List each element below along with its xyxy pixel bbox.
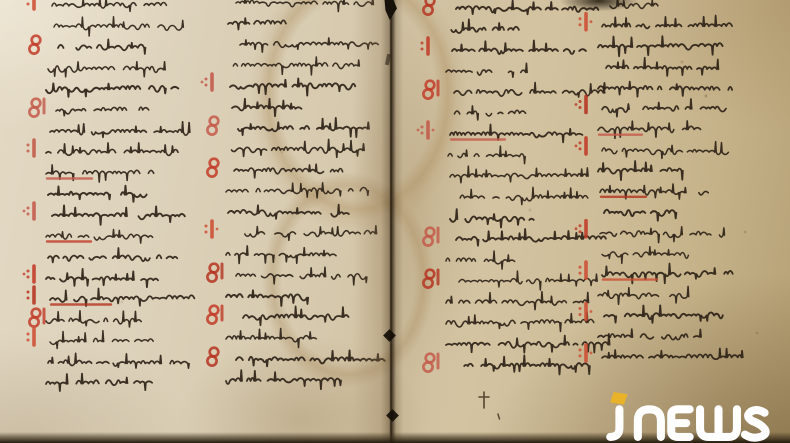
rubric-initial: [29, 44, 38, 53]
rubric-dot: [27, 144, 30, 147]
rubric-dot: [23, 273, 26, 276]
rubric-dot: [27, 270, 30, 273]
text-line: [56, 107, 149, 116]
manuscript-photo: [0, 0, 790, 443]
rubric-dot: [205, 84, 208, 87]
text-line: [602, 140, 729, 159]
rubric-initial: [210, 348, 219, 357]
manuscript-text-layer: [0, 0, 790, 443]
text-line: [228, 204, 349, 220]
cross-mark: [479, 392, 489, 408]
rubric-initial: [207, 314, 216, 323]
text-line: [454, 105, 525, 120]
text-line: [58, 39, 145, 54]
text-line: [456, 1, 598, 15]
rubric-dot: [590, 352, 593, 355]
text-line: [46, 373, 152, 392]
rubric-initial: [207, 167, 216, 176]
rubric-dot: [27, 276, 30, 279]
text-line: [233, 57, 359, 75]
rubric-initial: [210, 264, 219, 273]
text-line: [464, 355, 590, 374]
text-line: [446, 292, 589, 310]
text-line: [226, 182, 369, 198]
text-line: [50, 330, 153, 348]
text-line: [610, 0, 667, 9]
rubric-dot: [579, 348, 582, 351]
comma-mark: [498, 414, 500, 419]
logo-letter-s: [745, 410, 766, 438]
rubric-dot: [579, 147, 582, 150]
rubric-dot: [27, 339, 30, 342]
text-line: [231, 139, 364, 157]
text-line: [48, 186, 147, 203]
text-line: [238, 118, 369, 137]
rubric-dot: [421, 48, 424, 51]
text-line: [602, 99, 726, 117]
text-line: [602, 246, 689, 264]
text-line: [245, 226, 377, 241]
text-line: [236, 350, 385, 367]
text-line: [52, 205, 185, 225]
text-line: [236, 0, 381, 12]
text-line: [451, 19, 519, 33]
rubric-initial: [29, 107, 38, 116]
rubric-initial: [426, 270, 435, 279]
rubric-dot: [579, 230, 582, 233]
text-line: [598, 35, 723, 56]
text-line: [50, 122, 190, 138]
text-line: [48, 61, 171, 78]
text-line: [234, 164, 343, 179]
rubric-dot: [579, 106, 582, 109]
rubric-dot: [579, 307, 582, 310]
rubric-dot: [579, 100, 582, 103]
text-line: [598, 161, 683, 181]
rubric-dot: [590, 310, 593, 313]
text-line: [446, 251, 515, 269]
text-line: [598, 286, 689, 305]
text-line: [598, 81, 732, 97]
text-line: [226, 328, 316, 347]
text-line: [604, 210, 684, 221]
jnews-logo: [604, 392, 780, 443]
rubric-dot: [579, 354, 582, 357]
text-line: [226, 290, 308, 306]
logo-letter-n: [638, 409, 661, 437]
text-line: [48, 353, 195, 368]
rubric-dot: [417, 129, 420, 132]
text-line: [450, 165, 588, 182]
rubric-dot: [579, 272, 582, 275]
text-line: [46, 82, 178, 97]
text-line: [48, 248, 177, 263]
text-line: [606, 57, 719, 76]
rubric-initial: [423, 278, 432, 287]
rubric-initial: [210, 117, 219, 126]
rubric-dot: [579, 17, 582, 20]
text-line: [226, 246, 336, 264]
logo-letter-e: [671, 409, 689, 437]
text-line: [598, 329, 701, 340]
rubric-dot: [27, 213, 30, 216]
rubric-dot: [575, 103, 578, 106]
text-line: [52, 0, 166, 12]
logo-j-dot-accent: [610, 392, 627, 405]
rubric-initial: [423, 89, 432, 98]
rubric-dot: [579, 224, 582, 227]
text-line: [232, 98, 302, 116]
rubric-initial: [210, 306, 219, 315]
rubric-dot: [23, 210, 26, 213]
rubric-dot: [421, 42, 424, 45]
rubric-initial: [207, 125, 216, 134]
rubric-dot: [579, 23, 582, 26]
rubric-dot: [579, 313, 582, 316]
rubric-initial: [207, 356, 216, 365]
rubric-initial: [32, 99, 41, 108]
rubric-dot: [575, 227, 578, 230]
rubric-dot: [27, 207, 30, 210]
rubric-dot: [27, 3, 30, 6]
text-line: [446, 63, 527, 77]
rubric-dot: [590, 20, 593, 23]
text-line: [602, 15, 732, 28]
rubric-dot: [27, 291, 30, 294]
rubric-dot: [575, 145, 578, 148]
text-line: [46, 311, 141, 327]
rubric-dot: [205, 225, 208, 228]
text-line: [240, 38, 378, 52]
text-line: [236, 267, 367, 285]
text-line: [46, 143, 178, 157]
text-line: [46, 269, 158, 288]
text-line: [446, 312, 594, 333]
text-line: [448, 146, 525, 164]
rubric-initial: [423, 236, 432, 245]
rubric-initial: [426, 354, 435, 363]
text-line: [226, 370, 341, 390]
rubric-dot: [205, 231, 208, 234]
rubric-initial: [32, 309, 41, 318]
rubric-dot: [216, 228, 219, 231]
text-line: [604, 305, 723, 323]
rubric-initial: [426, 228, 435, 237]
text-line: [454, 83, 605, 98]
logo-letter-w: [700, 409, 737, 437]
rubric-initial: [423, 5, 432, 14]
text-line: [450, 209, 540, 228]
rubric-initial: [29, 317, 38, 326]
text-line: [230, 78, 355, 96]
text-line: [54, 17, 183, 37]
rubric-dot: [579, 141, 582, 144]
text-line: [243, 306, 349, 325]
rubric-dot: [579, 266, 582, 269]
rubric-dot: [421, 126, 424, 129]
text-line: [600, 226, 725, 243]
rubric-dot: [432, 129, 435, 132]
logo-letter-j: [610, 409, 619, 437]
rubric-dot: [27, 150, 30, 153]
rubric-initial: [426, 81, 435, 90]
text-line: [459, 271, 597, 291]
rubric-initial: [207, 272, 216, 281]
rubric-dot: [421, 132, 424, 135]
rubric-dot: [201, 81, 204, 84]
rubric-initial: [423, 362, 432, 371]
text-line: [228, 18, 286, 30]
rubric-initial: [32, 36, 41, 45]
rubric-dot: [205, 78, 208, 81]
rubric-dot: [27, 297, 30, 300]
text-line: [452, 41, 586, 55]
rubric-initial: [210, 159, 219, 168]
rubric-dot: [27, 333, 30, 336]
text-line: [602, 348, 743, 359]
text-line: [456, 228, 606, 246]
text-line: [460, 187, 595, 204]
